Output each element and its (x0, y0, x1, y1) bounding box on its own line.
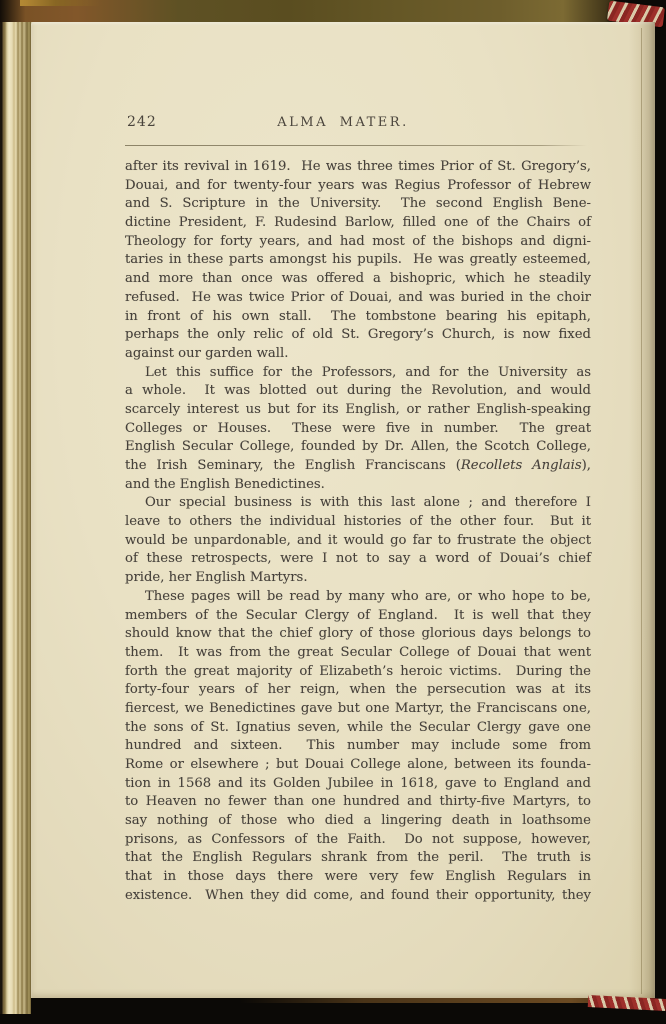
text-segment: the Irish Seminary, the English Francisc… (125, 458, 461, 473)
gutter-crease (641, 28, 642, 994)
text-line: English Secular College, founded by Dr. … (125, 438, 591, 457)
text-line: prisons, as Confessors of the Faith. Do … (125, 831, 591, 850)
text-line: a whole. It was blotted out during the R… (125, 382, 591, 401)
text-line: leave to others the individual histories… (125, 513, 591, 532)
text-line: the sons of St. Ignatius seven, while th… (125, 719, 591, 738)
text-line: Douai, and for twenty-four years was Reg… (125, 177, 591, 196)
text-line: Colleges or Houses. These were five in n… (125, 420, 591, 439)
gilt-edge-glint (20, 0, 110, 6)
header-rule (125, 145, 587, 146)
text-line: would be unpardonable, and it would go f… (125, 532, 591, 551)
body-text: after its revival in 1619. He was three … (125, 158, 591, 906)
text-line: fiercest, we Benedictines gave but one M… (125, 700, 591, 719)
text-line: against our garden wall. (125, 345, 591, 364)
text-line: that in those days there were very few E… (125, 868, 591, 887)
text-line: perhaps the only relic of old St. Gregor… (125, 326, 591, 345)
text-line: Theology for forty years, and had most o… (125, 233, 591, 252)
page-fore-edge-stack (0, 22, 31, 1014)
text-line: the Irish Seminary, the English Francisc… (125, 457, 591, 476)
text-line: Rome or elsewhere ; but Douai College al… (125, 756, 591, 775)
text-segment: ), (582, 458, 591, 473)
text-line: after its revival in 1619. He was three … (125, 158, 591, 177)
text-line: that the English Regulars shrank from th… (125, 849, 591, 868)
text-line: and the English Benedictines. (125, 476, 591, 495)
text-line: and more than once was offered a bishopr… (125, 270, 591, 289)
text-line: of these retrospects, were I not to say … (125, 550, 591, 569)
text-line: pride, her English Martyrs. (125, 569, 591, 588)
text-line: members of the Secular Clergy of England… (125, 607, 591, 626)
text-line: dictine President, F. Rudesind Barlow, f… (125, 214, 591, 233)
text-line: and S. Scripture in the University. The … (125, 195, 591, 214)
text-line: forty-four years of her reign, when the … (125, 681, 591, 700)
book-page: 242 ALMA MATER. after its revival in 161… (31, 22, 655, 998)
text-line: hundred and sixteen. This number may inc… (125, 737, 591, 756)
text-line: them. It was from the great Secular Coll… (125, 644, 591, 663)
text-line: Let this suffice for the Professors, and… (125, 364, 591, 383)
text-line: tion in 1568 and its Golden Jubilee in 1… (125, 775, 591, 794)
text-line: forth the great majority of Elizabeth’s … (125, 663, 591, 682)
text-line: say nothing of those who died a lingerin… (125, 812, 591, 831)
text-line: scarcely interest us but for its English… (125, 401, 591, 420)
text-line: to Heaven no fewer than one hundred and … (125, 793, 591, 812)
text-line: existence. When they did come, and found… (125, 887, 591, 906)
text-line: in front of his own stall. The tombstone… (125, 308, 591, 327)
text-line: taries in these parts amongst his pupils… (125, 251, 591, 270)
running-title: ALMA MATER. (125, 115, 561, 130)
italic-text-segment: Recollets Anglais (461, 458, 582, 473)
text-line: should know that the chief glory of thos… (125, 625, 591, 644)
photo-background: 242 ALMA MATER. after its revival in 161… (0, 0, 666, 1024)
running-head: 242 ALMA MATER. (125, 114, 591, 134)
text-line: These pages will be read by many who are… (125, 588, 591, 607)
text-line: Our special business is with this last a… (125, 494, 591, 513)
text-line: refused. He was twice Prior of Douai, an… (125, 289, 591, 308)
